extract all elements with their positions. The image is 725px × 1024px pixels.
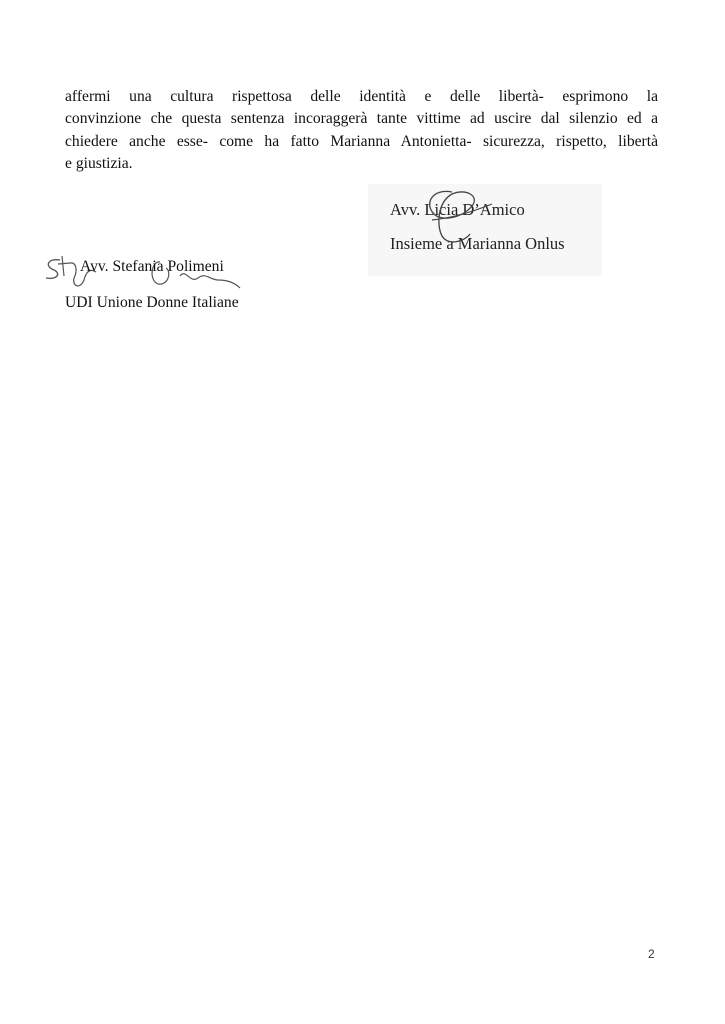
- body-paragraph: affermi una cultura rispettosa delle ide…: [65, 86, 658, 175]
- signature-block-damico: Avv. Licia D’Amico Insieme a Marianna On…: [368, 184, 602, 276]
- signatory-name: Avv. Stefania Polimeni: [80, 258, 224, 276]
- signature-block-polimeni: Avv. Stefania Polimeni UDI Unione Donne …: [40, 250, 300, 320]
- handwritten-signature-icon: [412, 184, 502, 254]
- page-number: 2: [648, 947, 655, 961]
- body-line: e giustizia.: [65, 153, 658, 175]
- body-line: convinzione che questa sentenza incoragg…: [65, 108, 658, 130]
- body-line: chiedere anche esse- come ha fatto Maria…: [65, 131, 658, 153]
- signatory-organization: UDI Unione Donne Italiane: [65, 294, 239, 312]
- body-line: affermi una cultura rispettosa delle ide…: [65, 86, 658, 108]
